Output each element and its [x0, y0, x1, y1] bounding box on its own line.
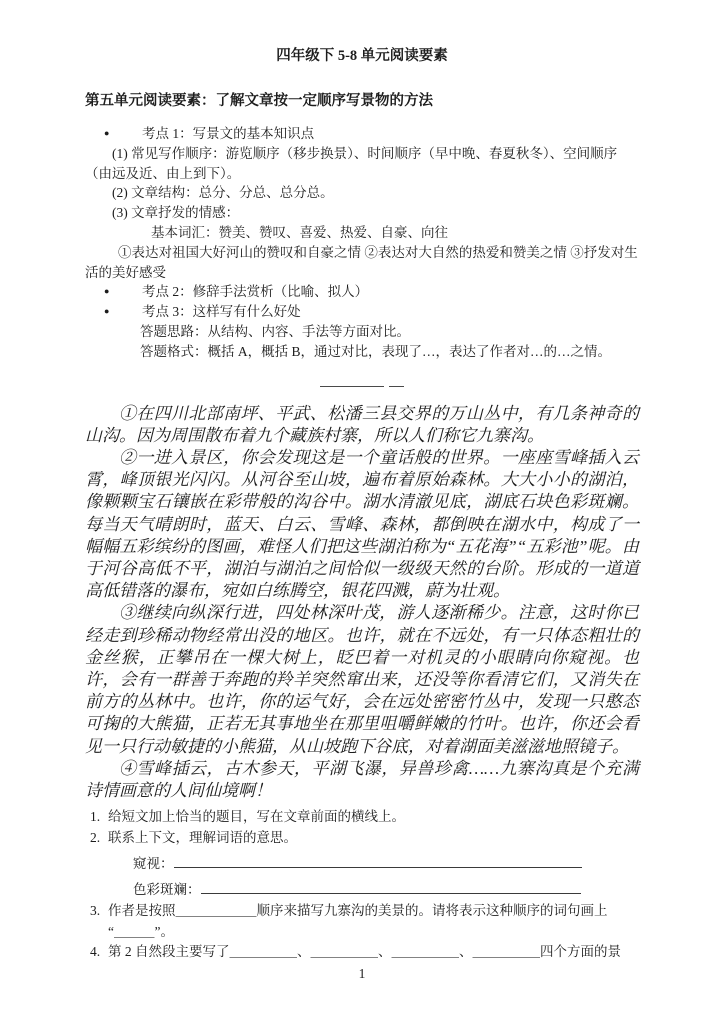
outline-vocab-line: 基本词汇：赞美、赞叹、喜爱、热爱、自豪、向往 — [85, 223, 639, 243]
passage-paragraph-1: ①在四川北部南坪、平武、松潘三县交界的万山丛中，有几条神奇的山沟。因为周围散布着… — [85, 403, 639, 447]
passage-paragraph-2: ②一进入景区，你会发现这是一个童话般的世界。一座座雪峰插入云霄，峰顶银光闪闪。从… — [85, 447, 639, 602]
reading-passage: ①在四川北部南坪、平武、松潘三县交界的万山丛中，有几条神奇的山沟。因为周围散布着… — [85, 403, 639, 803]
questions-section: 1. 给短文加上恰当的题目，写在文章前面的横线上。 2. 联系上下文，理解词语的… — [85, 807, 639, 963]
question-2-word-2-label: 色彩斑斓： — [133, 882, 201, 897]
question-3-number: 3. — [90, 901, 108, 943]
title-blank-line — [320, 374, 384, 387]
outline-point-1-sub-3: (3) 文章抒发的情感： — [85, 203, 639, 223]
outline-section: ● 考点 1：写景文的基本知识点 (1) 常见写作顺序：游览顺序（移步换景）、时… — [85, 124, 639, 362]
bullet-icon: ● — [85, 282, 142, 302]
outline-point-3: ● 考点 3：这样写有什么好处 — [85, 302, 639, 322]
title-blank-line — [389, 374, 404, 387]
page-content: 四年级下 5-8 单元阅读要素 第五单元阅读要素：了解文章按一定顺序写景物的方法… — [0, 0, 724, 982]
document-page: 四年级下 5-8 单元阅读要素 第五单元阅读要素：了解文章按一定顺序写景物的方法… — [0, 0, 724, 1024]
answer-blank-line — [201, 881, 581, 894]
outline-point-1-sub-2: (2) 文章结构：总分、分总、总分总。 — [85, 183, 639, 203]
outline-emotions-line: ①表达对祖国大好河山的赞叹和自豪之情 ②表达对大自然的热爱和赞美之情 ③抒发对生… — [85, 243, 639, 283]
question-3: 3. 作者是按照＿＿＿＿＿＿顺序来描写九寨沟的美景的。请将表示这种顺序的词句画上… — [90, 901, 639, 943]
passage-paragraph-4: ④雪峰插云，古木参天，平湖飞瀑，异兽珍禽……九寨沟真是个充满诗情画意的人间仙境啊… — [85, 758, 639, 802]
passage-paragraph-3: ③继续向纵深行进，四处林深叶茂，游人逐渐稀少。注意，这时你已经走到珍稀动物经常出… — [85, 602, 639, 757]
section-header: 第五单元阅读要素：了解文章按一定顺序写景物的方法 — [85, 91, 639, 111]
question-2-text: 联系上下文，理解词语的意思。 — [108, 828, 639, 849]
outline-point-1: ● 考点 1：写景文的基本知识点 — [85, 124, 639, 144]
passage-title-blank — [85, 374, 639, 390]
outline-answer-format: 答题格式：概括 A，概括 B，通过对比，表现了…，表达了作者对…的…之情。 — [85, 342, 639, 362]
outline-point-2-label: 考点 2：修辞手法赏析（比喻、拟人） — [142, 282, 639, 302]
question-4: 4. 第 2 自然段主要写了＿＿＿＿＿、＿＿＿＿＿、＿＿＿＿＿、＿＿＿＿＿四个方… — [90, 942, 639, 963]
page-number: 1 — [85, 966, 639, 982]
question-1-text: 给短文加上恰当的题目，写在文章前面的横线上。 — [108, 807, 639, 828]
answer-blank-line — [174, 855, 582, 868]
question-3-continuation: “＿＿＿”。 — [108, 924, 174, 939]
bullet-icon: ● — [85, 124, 142, 144]
question-2-word-1-row: 窥视： — [90, 854, 639, 875]
page-title: 四年级下 5-8 单元阅读要素 — [85, 46, 639, 66]
question-2-word-1-label: 窥视： — [133, 856, 174, 871]
bullet-icon: ● — [85, 302, 142, 322]
question-4-number: 4. — [90, 942, 108, 963]
question-1: 1. 给短文加上恰当的题目，写在文章前面的横线上。 — [90, 807, 639, 828]
question-4-text: 第 2 自然段主要写了＿＿＿＿＿、＿＿＿＿＿、＿＿＿＿＿、＿＿＿＿＿四个方面的景 — [108, 942, 639, 963]
outline-point-1-label: 考点 1：写景文的基本知识点 — [142, 124, 639, 144]
question-2-number: 2. — [90, 828, 108, 849]
outline-point-1-sub-1: (1) 常见写作顺序：游览顺序（移步换景）、时间顺序（早中晚、春夏秋冬）、空间顺… — [85, 144, 639, 184]
question-3-text: 作者是按照＿＿＿＿＿＿顺序来描写九寨沟的美景的。请将表示这种顺序的词句画上 “＿… — [108, 901, 639, 943]
outline-answer-method: 答题思路：从结构、内容、手法等方面对比。 — [85, 322, 639, 342]
question-2: 2. 联系上下文，理解词语的意思。 — [90, 828, 639, 849]
outline-point-2: ● 考点 2：修辞手法赏析（比喻、拟人） — [85, 282, 639, 302]
question-2-word-2-row: 色彩斑斓： — [90, 880, 639, 901]
question-1-number: 1. — [90, 807, 108, 828]
outline-point-3-label: 考点 3：这样写有什么好处 — [142, 302, 639, 322]
question-3-main: 作者是按照＿＿＿＿＿＿顺序来描写九寨沟的美景的。请将表示这种顺序的词句画上 — [108, 903, 608, 918]
